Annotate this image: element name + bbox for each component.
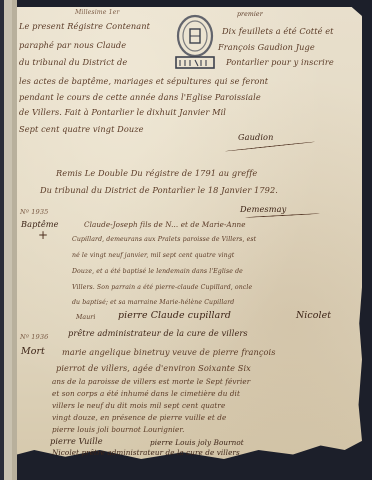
entry-1936-line-6: vingt douze, en présence de pierre vuill… xyxy=(52,413,226,422)
cert-line-7: les actes de baptême, mariages et sépult… xyxy=(19,76,268,86)
entry-type-mort: Mort xyxy=(21,346,45,357)
signature-vuille: pierre Vuille xyxy=(50,436,103,446)
cert-line-1: Le present Régistre Contenant xyxy=(19,21,150,31)
signature-nicolet: Nicolet xyxy=(296,310,331,321)
signature-nicolet-title: prêtre administrateur de la cure de vill… xyxy=(68,328,248,338)
cert-line-2: Dix feuillets a été Cotté et xyxy=(222,26,334,36)
cert-line-10: Sept cent quatre vingt Douze xyxy=(19,124,144,134)
cert-line-premier: premier xyxy=(237,11,263,18)
entry-1936-line-7: pierre louis joli bournot Lourignier. xyxy=(52,425,185,434)
cert-line-4: François Gaudion Juge xyxy=(218,42,315,52)
cert-line-5: du tribunal du District de xyxy=(19,57,127,67)
deposit-line-1: Remis Le Double Du régistre de 1791 au g… xyxy=(56,168,257,178)
signature-gaudion: Gaudion xyxy=(238,132,273,142)
signature-demesmay: Demesmay xyxy=(240,204,286,214)
entry-number-1935: Nº 1935 xyxy=(20,208,48,216)
entry-1936-line-4: et son corps a été inhumé dans le cimeti… xyxy=(52,389,240,398)
folio-mark: Millesime 1er xyxy=(75,9,119,16)
signature-cupillard: pierre Claude cupillard xyxy=(118,310,231,321)
entry-1935-line-3: né le vingt neuf janvier, mil sept cent … xyxy=(72,252,234,259)
entry-1936-line-2: pierrot de villers, agée d'environ Soixa… xyxy=(56,363,251,373)
entry-1935-line-4: Douze, et a été baptisé le lendemain dan… xyxy=(72,268,243,275)
cert-line-8: pendant le cours de cette année dans l'E… xyxy=(19,92,261,102)
baptism-cross-mark: + xyxy=(38,228,48,242)
entry-1935-line-1: Claude-Joseph fils de N... et de Marie-A… xyxy=(84,220,246,229)
scanner-edge-strip xyxy=(0,0,17,480)
entry-1935-line-6: du baptisé; et sa marraine Marie-hélène … xyxy=(72,299,234,306)
signature-bournot: pierre Louis joly Bournot xyxy=(150,438,244,447)
entry-1936-line-3: ans de la paroisse de villers est morte … xyxy=(52,377,250,386)
registry-seal-stamp xyxy=(172,11,218,73)
entry-number-1936: Nº 1936 xyxy=(20,333,48,341)
signature-nicolet-2: Nicolet prêtre administrateur de la cure… xyxy=(52,448,240,457)
entry-1935-line-2: Cupillard, demeurans aux Pralets paroiss… xyxy=(72,236,256,243)
entry-1936-line-1: marie angelique binetruy veuve de pierre… xyxy=(62,347,276,357)
deposit-line-2: Du tribunal du District de Pontarlier le… xyxy=(40,185,278,195)
entry-1935-line-5: Villers. Son parrain a été pierre-claude… xyxy=(72,284,252,291)
entry-1935-line-7: Mauri xyxy=(76,314,95,321)
cert-line-3: paraphé par nous Claude xyxy=(19,40,126,50)
cert-line-9: de Villers. Fait à Pontarlier le dixhuit… xyxy=(19,107,226,117)
cert-line-6: Pontarlier pour y inscrire xyxy=(226,57,334,67)
entry-1936-line-5: villers le neuf du dit mois mil sept cen… xyxy=(52,401,225,410)
